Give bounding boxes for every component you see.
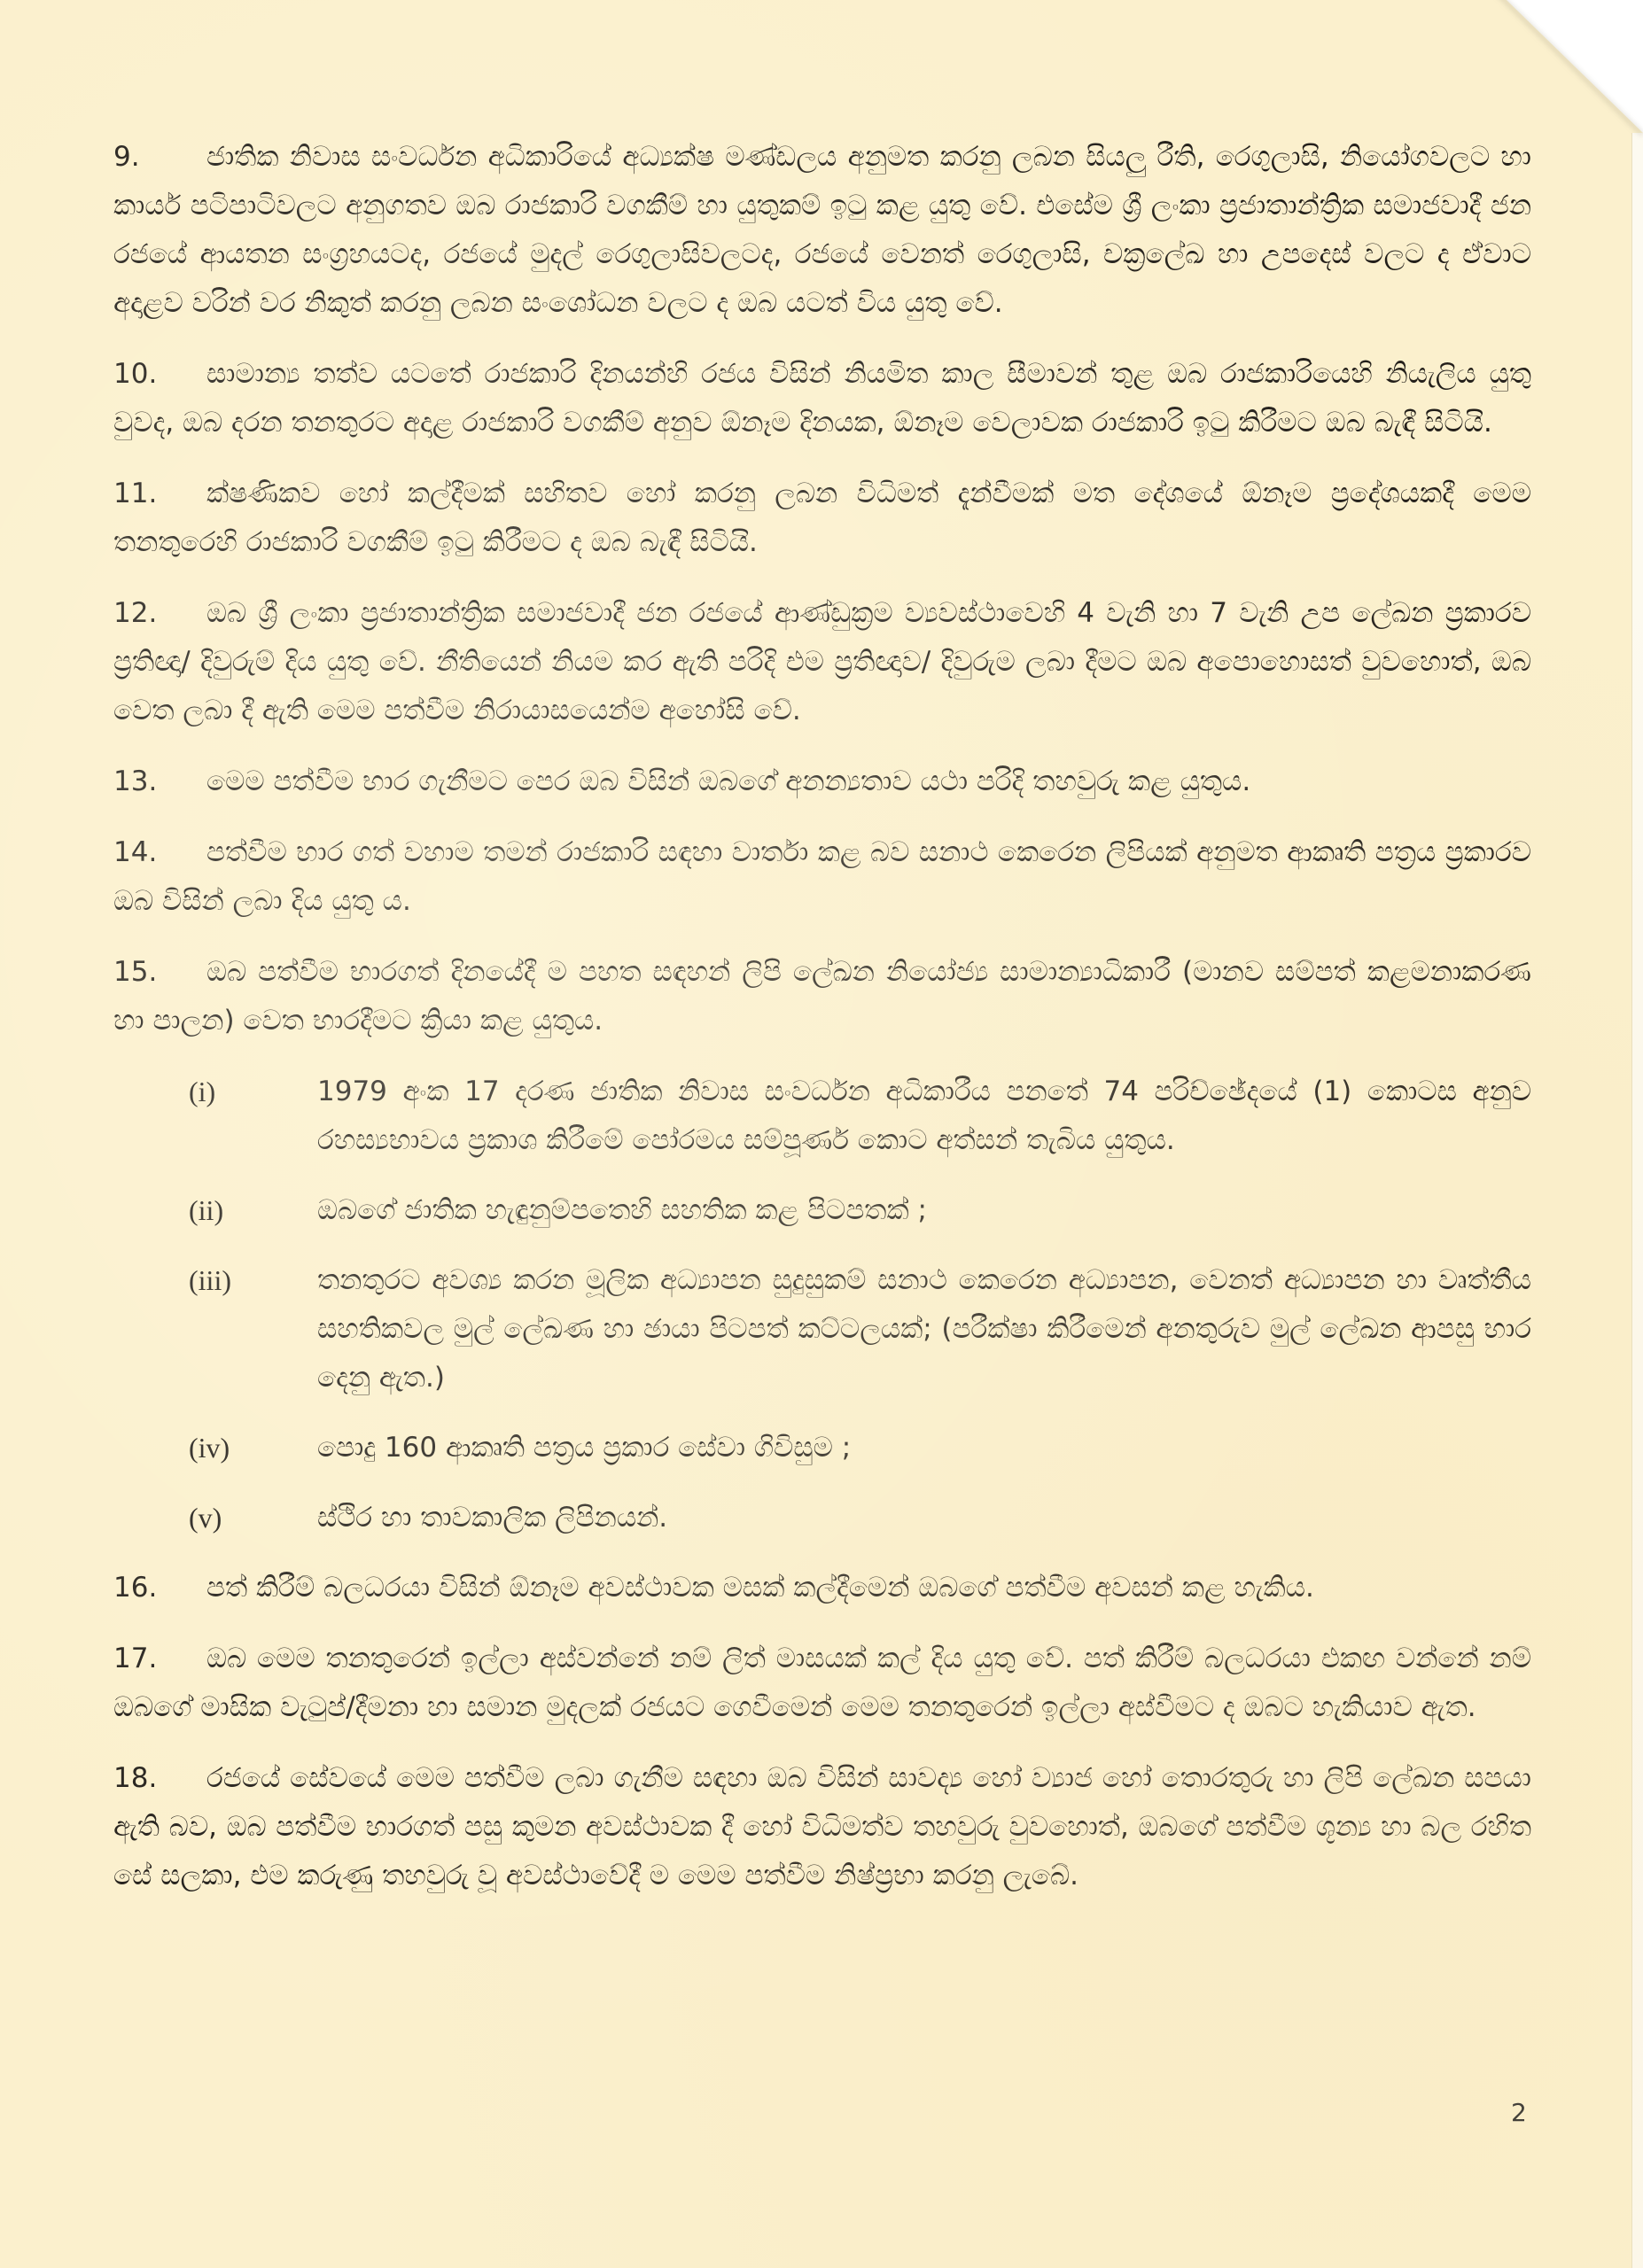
paragraph-text: ඔබ මෙම තනතුරෙන් ඉල්ලා අස්වන්නේ නම් ලිත් … [113, 1643, 1531, 1723]
paragraph-14: 14.පත්වීම භාර ගත් වහාම තමන් රාජකාරි සඳහා… [113, 828, 1531, 926]
paragraph-number: 14. [113, 828, 206, 877]
list-item: (i) 1979 අංක 17 දරණ ජාතික නිවාස සංවර්ධන … [113, 1068, 1531, 1165]
paragraph-text: ජාතික නිවාස සංවර්ධන අධිකාරියේ අධ්‍යක්ෂ ම… [113, 141, 1531, 319]
paragraph-text: ඔබ පත්වීම භාරගත් දිනයේදී ම පහත සඳහන් ලිප… [113, 956, 1531, 1037]
paragraph-number: 16. [113, 1564, 206, 1612]
paragraph-number: 12. [113, 589, 206, 638]
list-item-text: පොදු 160 ආකෘති පත්‍රය ප්‍රකාර සේවා ගිවිස… [317, 1424, 1531, 1472]
list-item-text: 1979 අංක 17 දරණ ජාතික නිවාස සංවර්ධන අධික… [317, 1068, 1531, 1165]
paragraph-number: 10. [113, 350, 206, 399]
list-item-text: ඔබගේ ජාතික හැඳුනුම්පතෙහි සහතික කළ පිටපතක… [317, 1186, 1531, 1235]
paragraph-text: රජයේ සේවයේ මෙම පත්වීම ලබා ගැනීම සඳහා ඔබ … [113, 1762, 1531, 1891]
paragraph-number: 15. [113, 948, 206, 997]
paragraph-number: 13. [113, 757, 206, 806]
list-item: (iv) පොදු 160 ආකෘති පත්‍රය ප්‍රකාර සේවා … [113, 1424, 1531, 1472]
paragraph-text: පත්වීම භාර ගත් වහාම තමන් රාජකාරි සඳහා වා… [113, 836, 1531, 917]
required-documents-list: (i) 1979 අංක 17 දරණ ජාතික නිවාස සංවර්ධන … [113, 1068, 1531, 1542]
paragraph-17: 17.ඔබ මෙම තනතුරෙන් ඉල්ලා අස්වන්නේ නම් ලි… [113, 1635, 1531, 1732]
paragraph-11: 11.ක්ෂණිකව හෝ කල්දීමක් සහිතව හෝ කරනු ලබන… [113, 470, 1531, 567]
paragraph-text: සාමාන්‍ය තත්ව යටතේ රාජකාරි දිනයන්හි රජය … [113, 358, 1531, 439]
paragraph-text: මෙම පත්වීම භාර ගැනීමට පෙර ඔබ විසින් ඔබගේ… [206, 765, 1250, 797]
paragraph-15: 15.ඔබ පත්වීම භාරගත් දිනයේදී ම පහත සඳහන් … [113, 948, 1531, 1045]
paragraph-10: 10.සාමාන්‍ය තත්ව යටතේ රාජකාරි දිනයන්හි ර… [113, 350, 1531, 447]
list-item-label: (i) [113, 1068, 317, 1165]
paragraph-12: 12.ඔබ ශ්‍රී ලංකා ප්‍රජාතාන්ත්‍රික සමාජවා… [113, 589, 1531, 735]
list-item: (ii) ඔබගේ ජාතික හැඳුනුම්පතෙහි සහතික කළ ප… [113, 1186, 1531, 1235]
paragraph-text: පත් කිරීම් බලධරයා විසින් ඕනෑම අවස්ථාවක ම… [206, 1572, 1314, 1604]
paper-edge [1631, 133, 1643, 2268]
document-page: 9.ජාතික නිවාස සංවර්ධන අධිකාරියේ අධ්‍යක්ෂ… [0, 0, 1643, 2268]
list-item: (v) ස්ථිර හා තාවකාලික ලිපිනයන්. [113, 1494, 1531, 1542]
list-item-text: ස්ථිර හා තාවකාලික ලිපිනයන්. [317, 1494, 1531, 1542]
paragraph-text: ඔබ ශ්‍රී ලංකා ප්‍රජාතාන්ත්‍රික සමාජවාදී … [113, 597, 1531, 726]
paragraph-number: 11. [113, 470, 206, 518]
paragraph-16: 16.පත් කිරීම් බලධරයා විසින් ඕනෑම අවස්ථාව… [113, 1564, 1531, 1612]
page-number: 2 [1511, 2098, 1527, 2127]
list-item-text: තනතුරට අවශ්‍ය කරන මූලික අධ්‍යාපන සුදුසුක… [317, 1256, 1531, 1402]
paragraph-18: 18.රජයේ සේවයේ මෙම පත්වීම ලබා ගැනීම සඳහා … [113, 1754, 1531, 1900]
paragraph-text: ක්ෂණිකව හෝ කල්දීමක් සහිතව හෝ කරනු ලබන වි… [113, 478, 1531, 558]
list-item-label: (iv) [113, 1424, 317, 1472]
paragraph-9: 9.ජාතික නිවාස සංවර්ධන අධිකාරියේ අධ්‍යක්ෂ… [113, 133, 1531, 328]
list-item-label: (ii) [113, 1186, 317, 1235]
document-body: 9.ජාතික නිවාස සංවර්ධන අධිකාරියේ අධ්‍යක්ෂ… [113, 133, 1531, 1922]
paragraph-number: 17. [113, 1635, 206, 1683]
paragraph-13: 13.මෙම පත්වීම භාර ගැනීමට පෙර ඔබ විසින් ඔ… [113, 757, 1531, 806]
list-item-label: (iii) [113, 1256, 317, 1402]
paragraph-number: 9. [113, 133, 206, 182]
paragraph-number: 18. [113, 1754, 206, 1803]
list-item-label: (v) [113, 1494, 317, 1542]
list-item: (iii) තනතුරට අවශ්‍ය කරන මූලික අධ්‍යාපන ස… [113, 1256, 1531, 1402]
